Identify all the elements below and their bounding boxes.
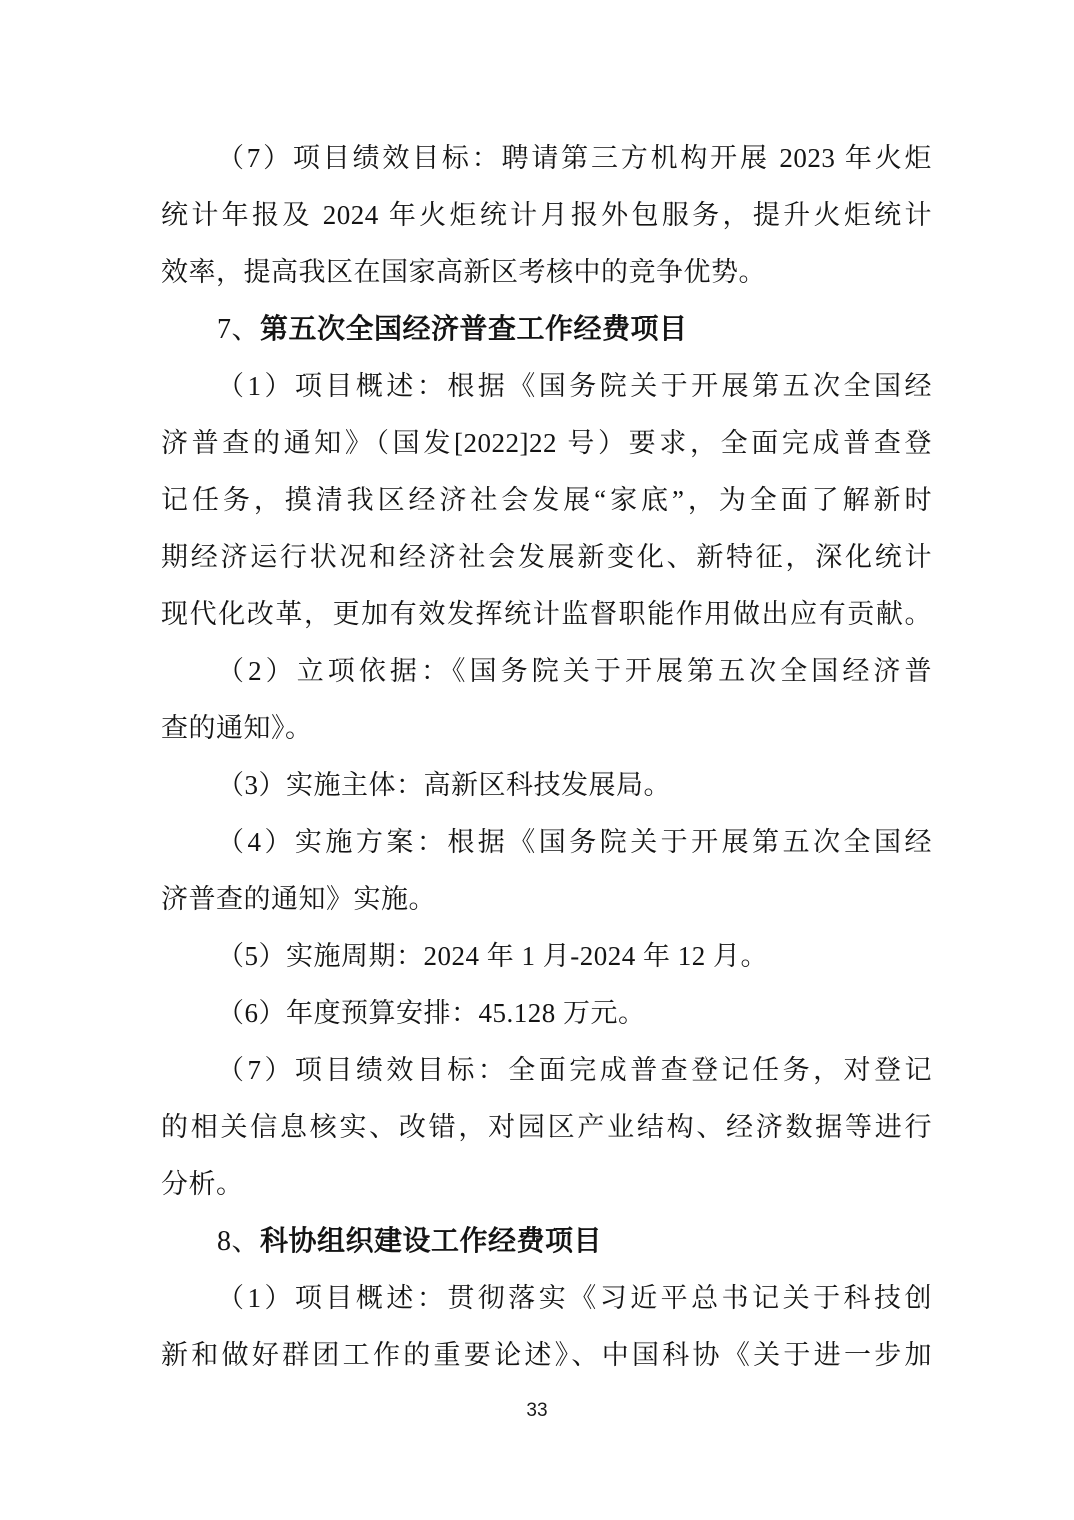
text-line: 效率，提高我区在国家高新区考核中的竞争优势。 bbox=[161, 244, 932, 301]
text-line: （4）实施方案：根据《国务院关于开展第五次全国经 bbox=[161, 814, 932, 871]
section-number: 8、 bbox=[217, 1226, 260, 1257]
page-number: 33 bbox=[0, 1400, 1074, 1422]
section-heading: 7、第五次全国经济普查工作经费项目 bbox=[161, 301, 932, 358]
text-line: 的相关信息核实、改错，对园区产业结构、经济数据等进行 bbox=[161, 1099, 932, 1156]
document-page: （7）项目绩效目标：聘请第三方机构开展 2023 年火炬统计年报及 2024 年… bbox=[0, 0, 1074, 1520]
text-line: （7）项目绩效目标：全面完成普查登记任务，对登记 bbox=[161, 1042, 932, 1099]
text-line: 现代化改革，更加有效发挥统计监督职能作用做出应有贡献。 bbox=[161, 586, 932, 643]
text-line: 分析。 bbox=[161, 1156, 932, 1213]
text-line: 记任务，摸清我区经济社会发展“家底”，为全面了解新时 bbox=[161, 472, 932, 529]
text-line: 期经济运行状况和经济社会发展新变化、新特征，深化统计 bbox=[161, 529, 932, 586]
text-line: （1）项目概述：贯彻落实《习近平总书记关于科技创 bbox=[161, 1270, 932, 1327]
document-body: （7）项目绩效目标：聘请第三方机构开展 2023 年火炬统计年报及 2024 年… bbox=[161, 130, 932, 1384]
text-line: 济普查的通知》实施。 bbox=[161, 871, 932, 928]
section-heading: 8、科协组织建设工作经费项目 bbox=[161, 1213, 932, 1270]
section-number: 7、 bbox=[217, 314, 260, 345]
text-line: （3）实施主体：高新区科技发展局。 bbox=[161, 757, 932, 814]
text-line: （6）年度预算安排：45.128 万元。 bbox=[161, 985, 932, 1042]
text-line: 济普查的通知》（国发[2022]22 号）要求，全面完成普查登 bbox=[161, 415, 932, 472]
text-line: 查的通知》。 bbox=[161, 700, 932, 757]
text-line: （7）项目绩效目标：聘请第三方机构开展 2023 年火炬 bbox=[161, 130, 932, 187]
section-title: 科协组织建设工作经费项目 bbox=[260, 1226, 602, 1257]
text-line: （5）实施周期：2024 年 1 月-2024 年 12 月。 bbox=[161, 928, 932, 985]
text-line: （1）项目概述：根据《国务院关于开展第五次全国经 bbox=[161, 358, 932, 415]
text-line: 统计年报及 2024 年火炬统计月报外包服务，提升火炬统计 bbox=[161, 187, 932, 244]
text-line: 新和做好群团工作的重要论述》、中国科协《关于进一步加 bbox=[161, 1327, 932, 1384]
text-line: （2）立项依据：《国务院关于开展第五次全国经济普 bbox=[161, 643, 932, 700]
section-title: 第五次全国经济普查工作经费项目 bbox=[260, 314, 688, 345]
